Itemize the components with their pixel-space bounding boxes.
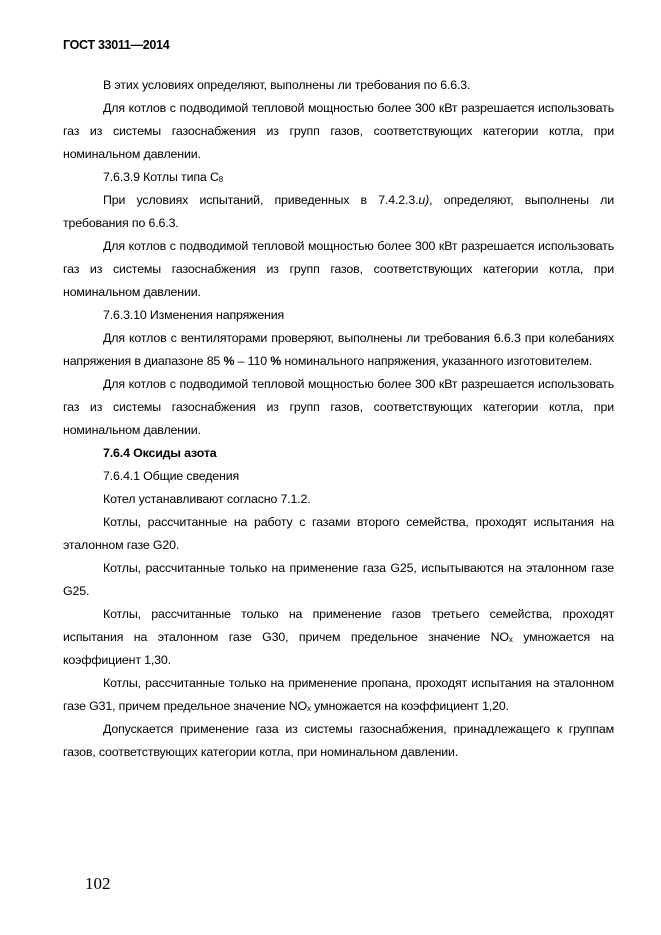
subscript-index: 8 — [219, 175, 223, 184]
percent-sign: % — [270, 354, 281, 368]
paragraph-requirements-check: В этих условиях определяют, выполнены ли… — [63, 74, 614, 97]
paragraph-g25-gas: Котлы, рассчитанные только на применение… — [63, 557, 614, 603]
section-title-text: 7.6.3.9 Котлы типа С — [103, 170, 219, 184]
section-7-6-3-9-title: 7.6.3.9 Котлы типа С8 — [63, 166, 614, 189]
paragraph-installation: Котел устанавливают согласно 7.1.2. — [63, 488, 614, 511]
text-fragment: – 110 — [234, 354, 270, 368]
paragraph-propane: Котлы, рассчитанные только на применение… — [63, 672, 614, 718]
paragraph-gas-supply-permission: Допускается применение газа из системы г… — [63, 718, 614, 764]
section-7-6-4-1-title: 7.6.4.1 Общие сведения — [63, 465, 614, 488]
paragraph-voltage-variation: Для котлов с вентиляторами проверяют, вы… — [63, 327, 614, 373]
section-7-6-3-10-title: 7.6.3.10 Изменения напряжения — [63, 304, 614, 327]
paragraph-gas-supply-note: Для котлов с подводимой тепловой мощност… — [63, 97, 614, 166]
text-fragment: номинального напряжения, указанного изго… — [281, 354, 592, 368]
paragraph-gas-supply-note: Для котлов с подводимой тепловой мощност… — [63, 235, 614, 304]
document-body: В этих условиях определяют, выполнены ли… — [63, 74, 614, 764]
percent-sign: % — [223, 354, 234, 368]
document-standard-header: ГОСТ 33011—2014 — [63, 38, 169, 52]
page-number: 102 — [85, 874, 111, 894]
paragraph-gas-supply-note: Для котлов с подводимой тепловой мощност… — [63, 373, 614, 442]
paragraph-test-conditions: При условиях испытаний, приведенных в 7.… — [63, 189, 614, 235]
section-7-6-4-heading: 7.6.4 Оксиды азота — [63, 442, 614, 465]
text-fragment: При условиях испытаний, приведенных в 7.… — [103, 193, 418, 207]
text-fragment: умножается на коэффициент 1,20. — [311, 699, 509, 713]
paragraph-third-family-gases: Котлы, рассчитанные только на применение… — [63, 603, 614, 672]
paragraph-second-family-gases: Котлы, рассчитанные на работу с газами в… — [63, 511, 614, 557]
italic-reference: и) — [418, 193, 429, 207]
